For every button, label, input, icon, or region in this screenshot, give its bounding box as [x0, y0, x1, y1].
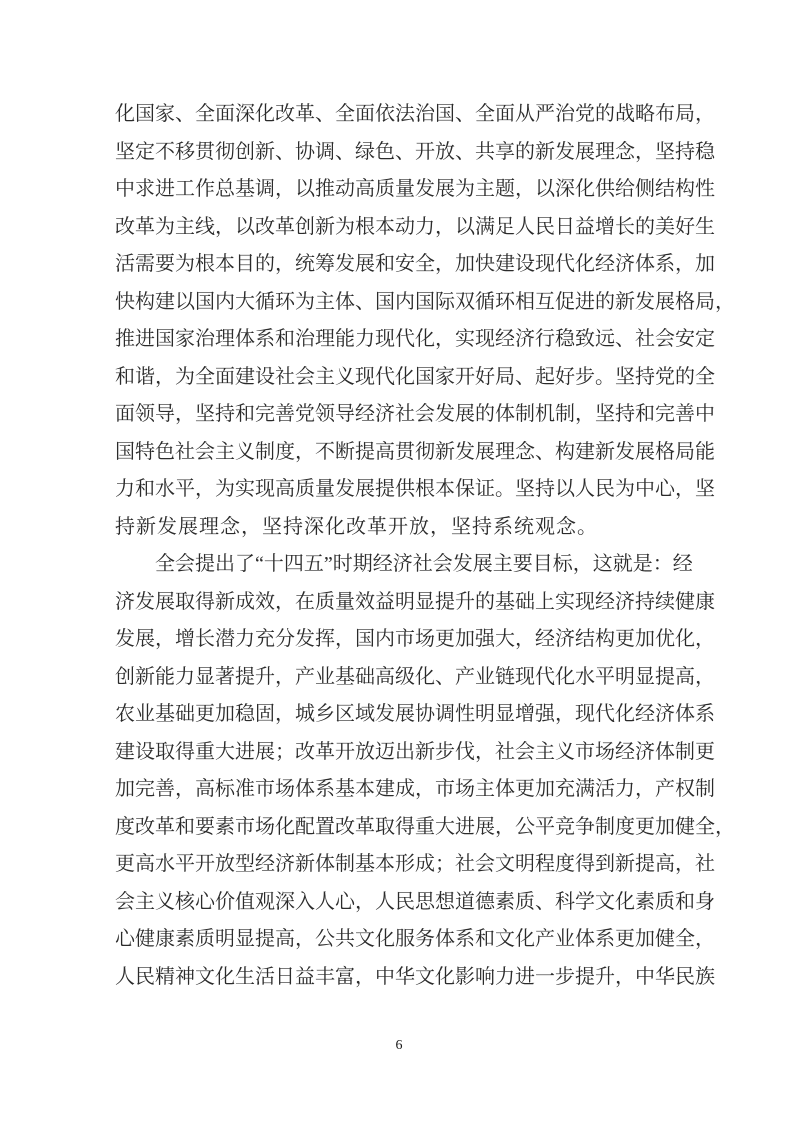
text-line: 中求进工作总基调，以推动高质量发展为主题，以深化供给侧结构性	[115, 171, 683, 209]
text-line: 济发展取得新成效，在质量效益明显提升的基础上实现经济持续健康	[115, 584, 683, 622]
text-line: 持新发展理念，坚持深化改革开放，坚持系统观念。	[115, 509, 683, 547]
text-line: 人民精神文化生活日益丰富，中华文化影响力进一步提升，中华民族	[115, 959, 683, 997]
paragraph-2: 全会提出了“十四五”时期经济社会发展主要目标，这就是：经 济发展取得新成效，在质…	[115, 546, 683, 996]
text-line: 加完善，高标准市场体系基本建成，市场主体更加充满活力，产权制	[115, 771, 683, 809]
text-line: 化国家、全面深化改革、全面依法治国、全面从严治党的战略布局，	[115, 96, 683, 134]
body-text: 化国家、全面深化改革、全面依法治国、全面从严治党的战略布局， 坚定不移贯彻创新、…	[115, 96, 683, 996]
text-line: 面领导，坚持和完善党领导经济社会发展的体制机制，坚持和完善中	[115, 396, 683, 434]
text-line: 会主义核心价值观深入人心，人民思想道德素质、科学文化素质和身	[115, 884, 683, 922]
page-number: 6	[396, 1038, 403, 1053]
text-line: 建设取得重大进展；改革开放迈出新步伐，社会主义市场经济体制更	[115, 734, 683, 772]
text-line: 度改革和要素市场化配置改革取得重大进展，公平竞争制度更加健全，	[115, 809, 683, 847]
text-line: 力和水平，为实现高质量发展提供根本保证。坚持以人民为中心，坚	[115, 471, 683, 509]
text-line: 快构建以国内大循环为主体、国内国际双循环相互促进的新发展格局，	[115, 284, 683, 322]
text-line: 心健康素质明显提高，公共文化服务体系和文化产业体系更加健全，	[115, 921, 683, 959]
text-line: 活需要为根本目的，统筹发展和安全，加快建设现代化经济体系，加	[115, 246, 683, 284]
text-line: 推进国家治理体系和治理能力现代化，实现经济行稳致远、社会安定	[115, 321, 683, 359]
text-line: 更高水平开放型经济新体制基本形成；社会文明程度得到新提高，社	[115, 846, 683, 884]
paragraph-1: 化国家、全面深化改革、全面依法治国、全面从严治党的战略布局， 坚定不移贯彻创新、…	[115, 96, 683, 546]
text-line: 发展，增长潜力充分发挥，国内市场更加强大，经济结构更加优化，	[115, 621, 683, 659]
text-line: 国特色社会主义制度，不断提高贯彻新发展理念、构建新发展格局能	[115, 434, 683, 472]
page-footer: 6	[115, 1036, 683, 1056]
document-page: 化国家、全面深化改革、全面依法治国、全面从严治党的战略布局， 坚定不移贯彻创新、…	[0, 0, 793, 1122]
text-line: 创新能力显著提升，产业基础高级化、产业链现代化水平明显提高，	[115, 659, 683, 697]
text-line: 农业基础更加稳固，城乡区域发展协调性明显增强，现代化经济体系	[115, 696, 683, 734]
text-line: 改革为主线，以改革创新为根本动力，以满足人民日益增长的美好生	[115, 209, 683, 247]
text-line: 和谐，为全面建设社会主义现代化国家开好局、起好步。坚持党的全	[115, 359, 683, 397]
text-line: 全会提出了“十四五”时期经济社会发展主要目标，这就是：经	[115, 546, 683, 584]
text-line: 坚定不移贯彻创新、协调、绿色、开放、共享的新发展理念，坚持稳	[115, 134, 683, 172]
